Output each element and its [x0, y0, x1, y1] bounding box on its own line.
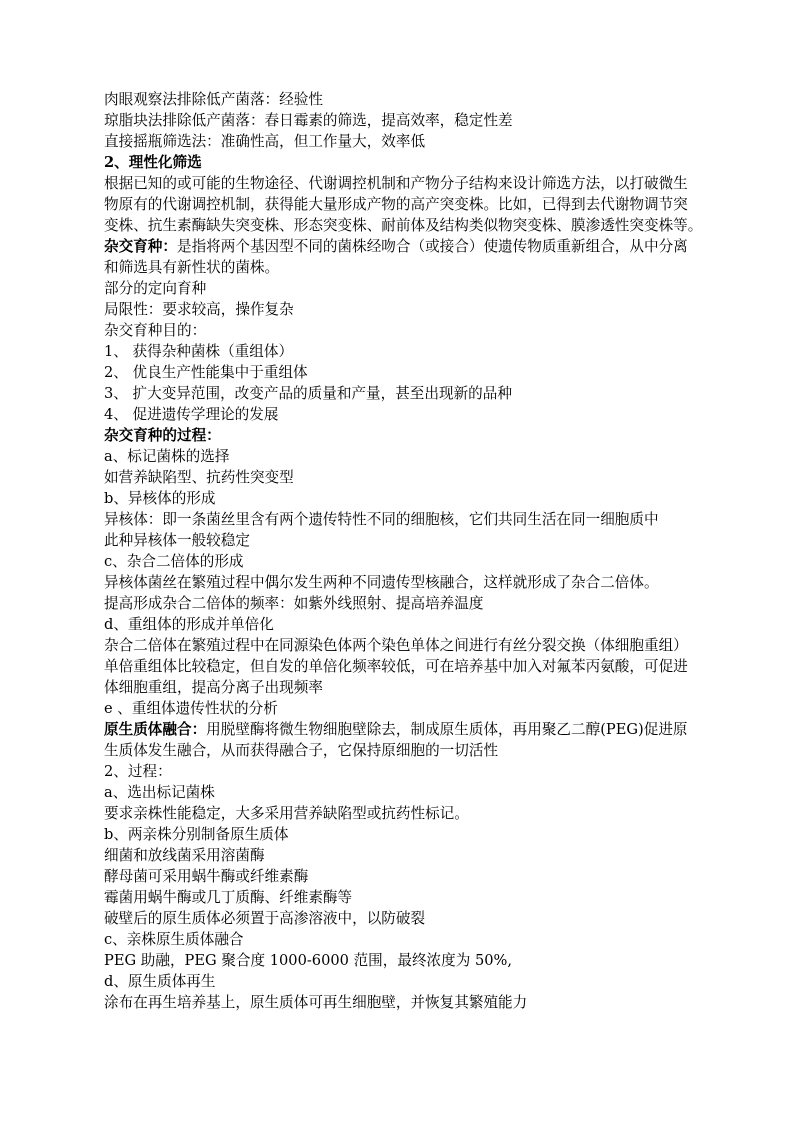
text-line: 破壁后的原生质体必须置于高渗溶液中，以防破裂 [104, 908, 700, 929]
text-line: 酵母菌可采用蜗牛酶或纤维素酶 [104, 866, 700, 887]
text-segment: 局限性：要求较高，操作复杂 [104, 301, 294, 318]
text-line: 细菌和放线菌采用溶菌酶 [104, 845, 700, 866]
text-segment: c、杂合二倍体的形成 [104, 553, 244, 570]
text-line: 如营养缺陷型、抗药性突变型 [104, 467, 700, 488]
text-line: e 、重组体遗传性状的分析 [104, 698, 700, 719]
text-segment: 物原有的代谢调控机制，获得能大量形成产物的高产突变株。比如，已得到去代谢物调节突 [104, 196, 688, 213]
text-line: 杂交育种：是指将两个基因型不同的菌株经吻合（或接合）使遗传物质重新组合，从中分离 [104, 236, 700, 257]
text-line: 2、 优良生产性能集中于重组体 [104, 362, 700, 383]
text-line: a、标记菌株的选择 [104, 446, 700, 467]
text-line: 直接摇瓶筛选法：准确性高，但工作量大，效率低 [104, 131, 700, 152]
text-line: c、亲株原生质体融合 [104, 929, 700, 950]
text-line: 根据已知的或可能的生物途径、代谢调控机制和产物分子结构来设计筛选方法，以打破微生 [104, 173, 700, 194]
text-segment: b、异核体的形成 [104, 490, 216, 507]
text-segment: 体细胞重组，提高分离子出现频率 [104, 679, 323, 696]
text-segment: 肉眼观察法排除低产菌落：经验性 [104, 91, 323, 108]
text-segment-bold: 杂交育种的过程： [104, 427, 221, 444]
text-line: 局限性：要求较高，操作复杂 [104, 299, 700, 320]
text-line: 部分的定向育种 [104, 278, 700, 299]
document-page: 肉眼观察法排除低产菌落：经验性琼脂块法排除低产菌落：春日霉素的筛选，提高效率，稳… [0, 0, 793, 1122]
text-line: d、原生质体再生 [104, 971, 700, 992]
text-line: 2、理性化筛选 [104, 152, 700, 173]
text-line: d、重组体的形成并单倍化 [104, 614, 700, 635]
text-line: 提高形成杂合二倍体的频率：如紫外线照射、提高培养温度 [104, 593, 700, 614]
text-segment: c、亲株原生质体融合 [104, 931, 244, 948]
text-segment: 2、 优良生产性能集中于重组体 [104, 364, 308, 381]
text-segment: 杂合二倍体在繁殖过程中在同源染色体两个染色单体之间进行有丝分裂交换（体细胞重组） [104, 637, 688, 654]
text-segment: 异核体菌丝在繁殖过程中偶尔发生两种不同遗传型核融合，这样就形成了杂合二倍体。 [104, 574, 659, 591]
text-segment-bold: 杂交育种： [104, 238, 177, 255]
text-segment: 单倍重组体比较稳定，但自发的单倍化频率较低，可在培养基中加入对氟苯丙氨酸，可促进 [104, 658, 688, 675]
text-line: b、异核体的形成 [104, 488, 700, 509]
text-segment: 4、 促进遗传学理论的发展 [104, 406, 278, 423]
text-segment: 2、过程： [104, 763, 172, 780]
text-line: 杂交育种目的： [104, 320, 700, 341]
text-segment: 涂布在再生培养基上，原生质体可再生细胞壁，并恢复其繁殖能力 [104, 994, 527, 1011]
text-line: 3、 扩大变异范围，改变产品的质量和产量，甚至出现新的品种 [104, 383, 700, 404]
text-segment: 根据已知的或可能的生物途径、代谢调控机制和产物分子结构来设计筛选方法，以打破微生 [104, 175, 688, 192]
text-line: 肉眼观察法排除低产菌落：经验性 [104, 89, 700, 110]
text-line: 涂布在再生培养基上，原生质体可再生细胞壁，并恢复其繁殖能力 [104, 992, 700, 1013]
text-line: 变株、抗生素酶缺失突变株、形态突变株、耐前体及结构类似物突变株、膜渗透性突变株等… [104, 215, 700, 236]
text-line: 杂合二倍体在繁殖过程中在同源染色体两个染色单体之间进行有丝分裂交换（体细胞重组） [104, 635, 700, 656]
text-line: PEG 助融，PEG 聚合度 1000-6000 范围，最终浓度为 50%, [104, 950, 700, 971]
text-segment: 琼脂块法排除低产菌落：春日霉素的筛选，提高效率，稳定性差 [104, 112, 513, 129]
text-line: 4、 促进遗传学理论的发展 [104, 404, 700, 425]
text-segment: 生质体发生融合，从而获得融合子，它保持原细胞的一切活性 [104, 742, 498, 759]
text-segment: b、两亲株分别制备原生质体 [104, 826, 288, 843]
text-segment: 直接摇瓶筛选法：准确性高，但工作量大，效率低 [104, 133, 425, 150]
text-segment: 是指将两个基因型不同的菌株经吻合（或接合）使遗传物质重新组合，从中分离 [177, 238, 688, 255]
text-segment-bold: 原生质体融合： [104, 721, 206, 738]
text-line: c、杂合二倍体的形成 [104, 551, 700, 572]
text-segment: 酵母菌可采用蜗牛酶或纤维素酶 [104, 868, 308, 885]
text-segment-bold: 2、理性化筛选 [104, 154, 202, 171]
text-line: a、选出标记菌株 [104, 782, 700, 803]
text-line: 琼脂块法排除低产菌落：春日霉素的筛选，提高效率，稳定性差 [104, 110, 700, 131]
text-segment: 变株、抗生素酶缺失突变株、形态突变株、耐前体及结构类似物突变株、膜渗透性突变株等… [104, 217, 702, 234]
text-line: 物原有的代谢调控机制，获得能大量形成产物的高产突变株。比如，已得到去代谢物调节突 [104, 194, 700, 215]
text-line: 生质体发生融合，从而获得融合子，它保持原细胞的一切活性 [104, 740, 700, 761]
text-segment: 部分的定向育种 [104, 280, 206, 297]
document-text-block: 肉眼观察法排除低产菌落：经验性琼脂块法排除低产菌落：春日霉素的筛选，提高效率，稳… [104, 89, 700, 1013]
text-line: 要求亲株性能稳定，大多采用营养缺陷型或抗药性标记。 [104, 803, 700, 824]
text-line: 和筛选具有新性状的菌株。 [104, 257, 700, 278]
text-line: 异核体菌丝在繁殖过程中偶尔发生两种不同遗传型核融合，这样就形成了杂合二倍体。 [104, 572, 700, 593]
text-segment: a、选出标记菌株 [104, 784, 215, 801]
text-line: 此种异核体一般较稳定 [104, 530, 700, 551]
text-segment: PEG 助融，PEG 聚合度 1000-6000 范围，最终浓度为 50%, [104, 952, 512, 969]
text-segment: 此种异核体一般较稳定 [104, 532, 250, 549]
text-line: 异核体：即一条菌丝里含有两个遗传特性不同的细胞核，它们共同生活在同一细胞质中 [104, 509, 700, 530]
text-line: 单倍重组体比较稳定，但自发的单倍化频率较低，可在培养基中加入对氟苯丙氨酸，可促进 [104, 656, 700, 677]
text-line: 霉菌用蜗牛酶或几丁质酶、纤维素酶等 [104, 887, 700, 908]
text-segment: d、原生质体再生 [104, 973, 216, 990]
text-segment: 霉菌用蜗牛酶或几丁质酶、纤维素酶等 [104, 889, 352, 906]
text-segment: a、标记菌株的选择 [104, 448, 229, 465]
text-segment: 3、 扩大变异范围，改变产品的质量和产量，甚至出现新的品种 [104, 385, 512, 402]
text-line: 体细胞重组，提高分离子出现频率 [104, 677, 700, 698]
text-line: b、两亲株分别制备原生质体 [104, 824, 700, 845]
text-line: 2、过程： [104, 761, 700, 782]
text-line: 杂交育种的过程： [104, 425, 700, 446]
text-segment: 要求亲株性能稳定，大多采用营养缺陷型或抗药性标记。 [104, 805, 469, 822]
text-segment: d、重组体的形成并单倍化 [104, 616, 274, 633]
text-segment: 用脱壁酶将微生物细胞壁除去，制成原生质体，再用聚乙二醇(PEG)促进原 [206, 721, 687, 738]
text-segment: 如营养缺陷型、抗药性突变型 [104, 469, 294, 486]
text-segment: 细菌和放线菌采用溶菌酶 [104, 847, 265, 864]
text-segment: 1、 获得杂种菌株（重组体） [104, 343, 293, 360]
text-segment: e 、重组体遗传性状的分析 [104, 700, 278, 717]
text-segment: 破壁后的原生质体必须置于高渗溶液中，以防破裂 [104, 910, 425, 927]
text-line: 1、 获得杂种菌株（重组体） [104, 341, 700, 362]
text-segment: 杂交育种目的： [104, 322, 206, 339]
text-segment: 提高形成杂合二倍体的频率：如紫外线照射、提高培养温度 [104, 595, 483, 612]
text-segment: 和筛选具有新性状的菌株。 [104, 259, 279, 276]
text-segment: 异核体：即一条菌丝里含有两个遗传特性不同的细胞核，它们共同生活在同一细胞质中 [104, 511, 659, 528]
text-line: 原生质体融合：用脱壁酶将微生物细胞壁除去，制成原生质体，再用聚乙二醇(PEG)促… [104, 719, 700, 740]
